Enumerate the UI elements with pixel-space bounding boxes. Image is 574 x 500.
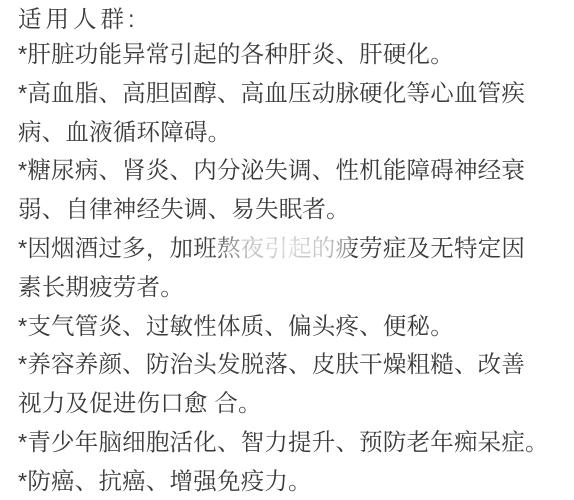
body-line: *肝脏功能异常引起的各种肝炎、肝硬化。 (18, 35, 574, 74)
body-line: 弱、自律神经失调、易失眠者。 (18, 190, 574, 229)
body-line: *糖尿病、肾炎、内分泌失调、性机能障碍神经衰 (18, 151, 574, 190)
body-line: *因烟酒过多，加班熬夜引起的疲劳症及无特定因 (18, 229, 574, 268)
body-line: *高血脂、高胆固醇、高血压动脉硬化等心血管疾 (18, 74, 574, 113)
body-line: 病、血液循环障碍。 (18, 113, 574, 152)
section-title: 适用人群: (18, 3, 574, 35)
body-line: 视力及促进伤口愈 合。 (18, 384, 574, 423)
body-line: *防癌、抗癌、增强免疫力。 (18, 462, 574, 500)
body-line: 素长期疲劳者。 (18, 268, 574, 307)
page: 适用人群: *肝脏功能异常引起的各种肝炎、肝硬化。 *高血脂、高胆固醇、高血压动… (0, 0, 574, 500)
body-line: *青少年脑细胞活化、智力提升、预防老年痴呆症。 (18, 423, 574, 462)
body-line: *支气管炎、过敏性体质、偏头疼、便秘。 (18, 307, 574, 346)
applicable-people-section: 适用人群: *肝脏功能异常引起的各种肝炎、肝硬化。 *高血脂、高胆固醇、高血压动… (18, 3, 574, 500)
body-line: *养容养颜、防治头发脱落、皮肤干燥粗糙、改善 (18, 345, 574, 384)
